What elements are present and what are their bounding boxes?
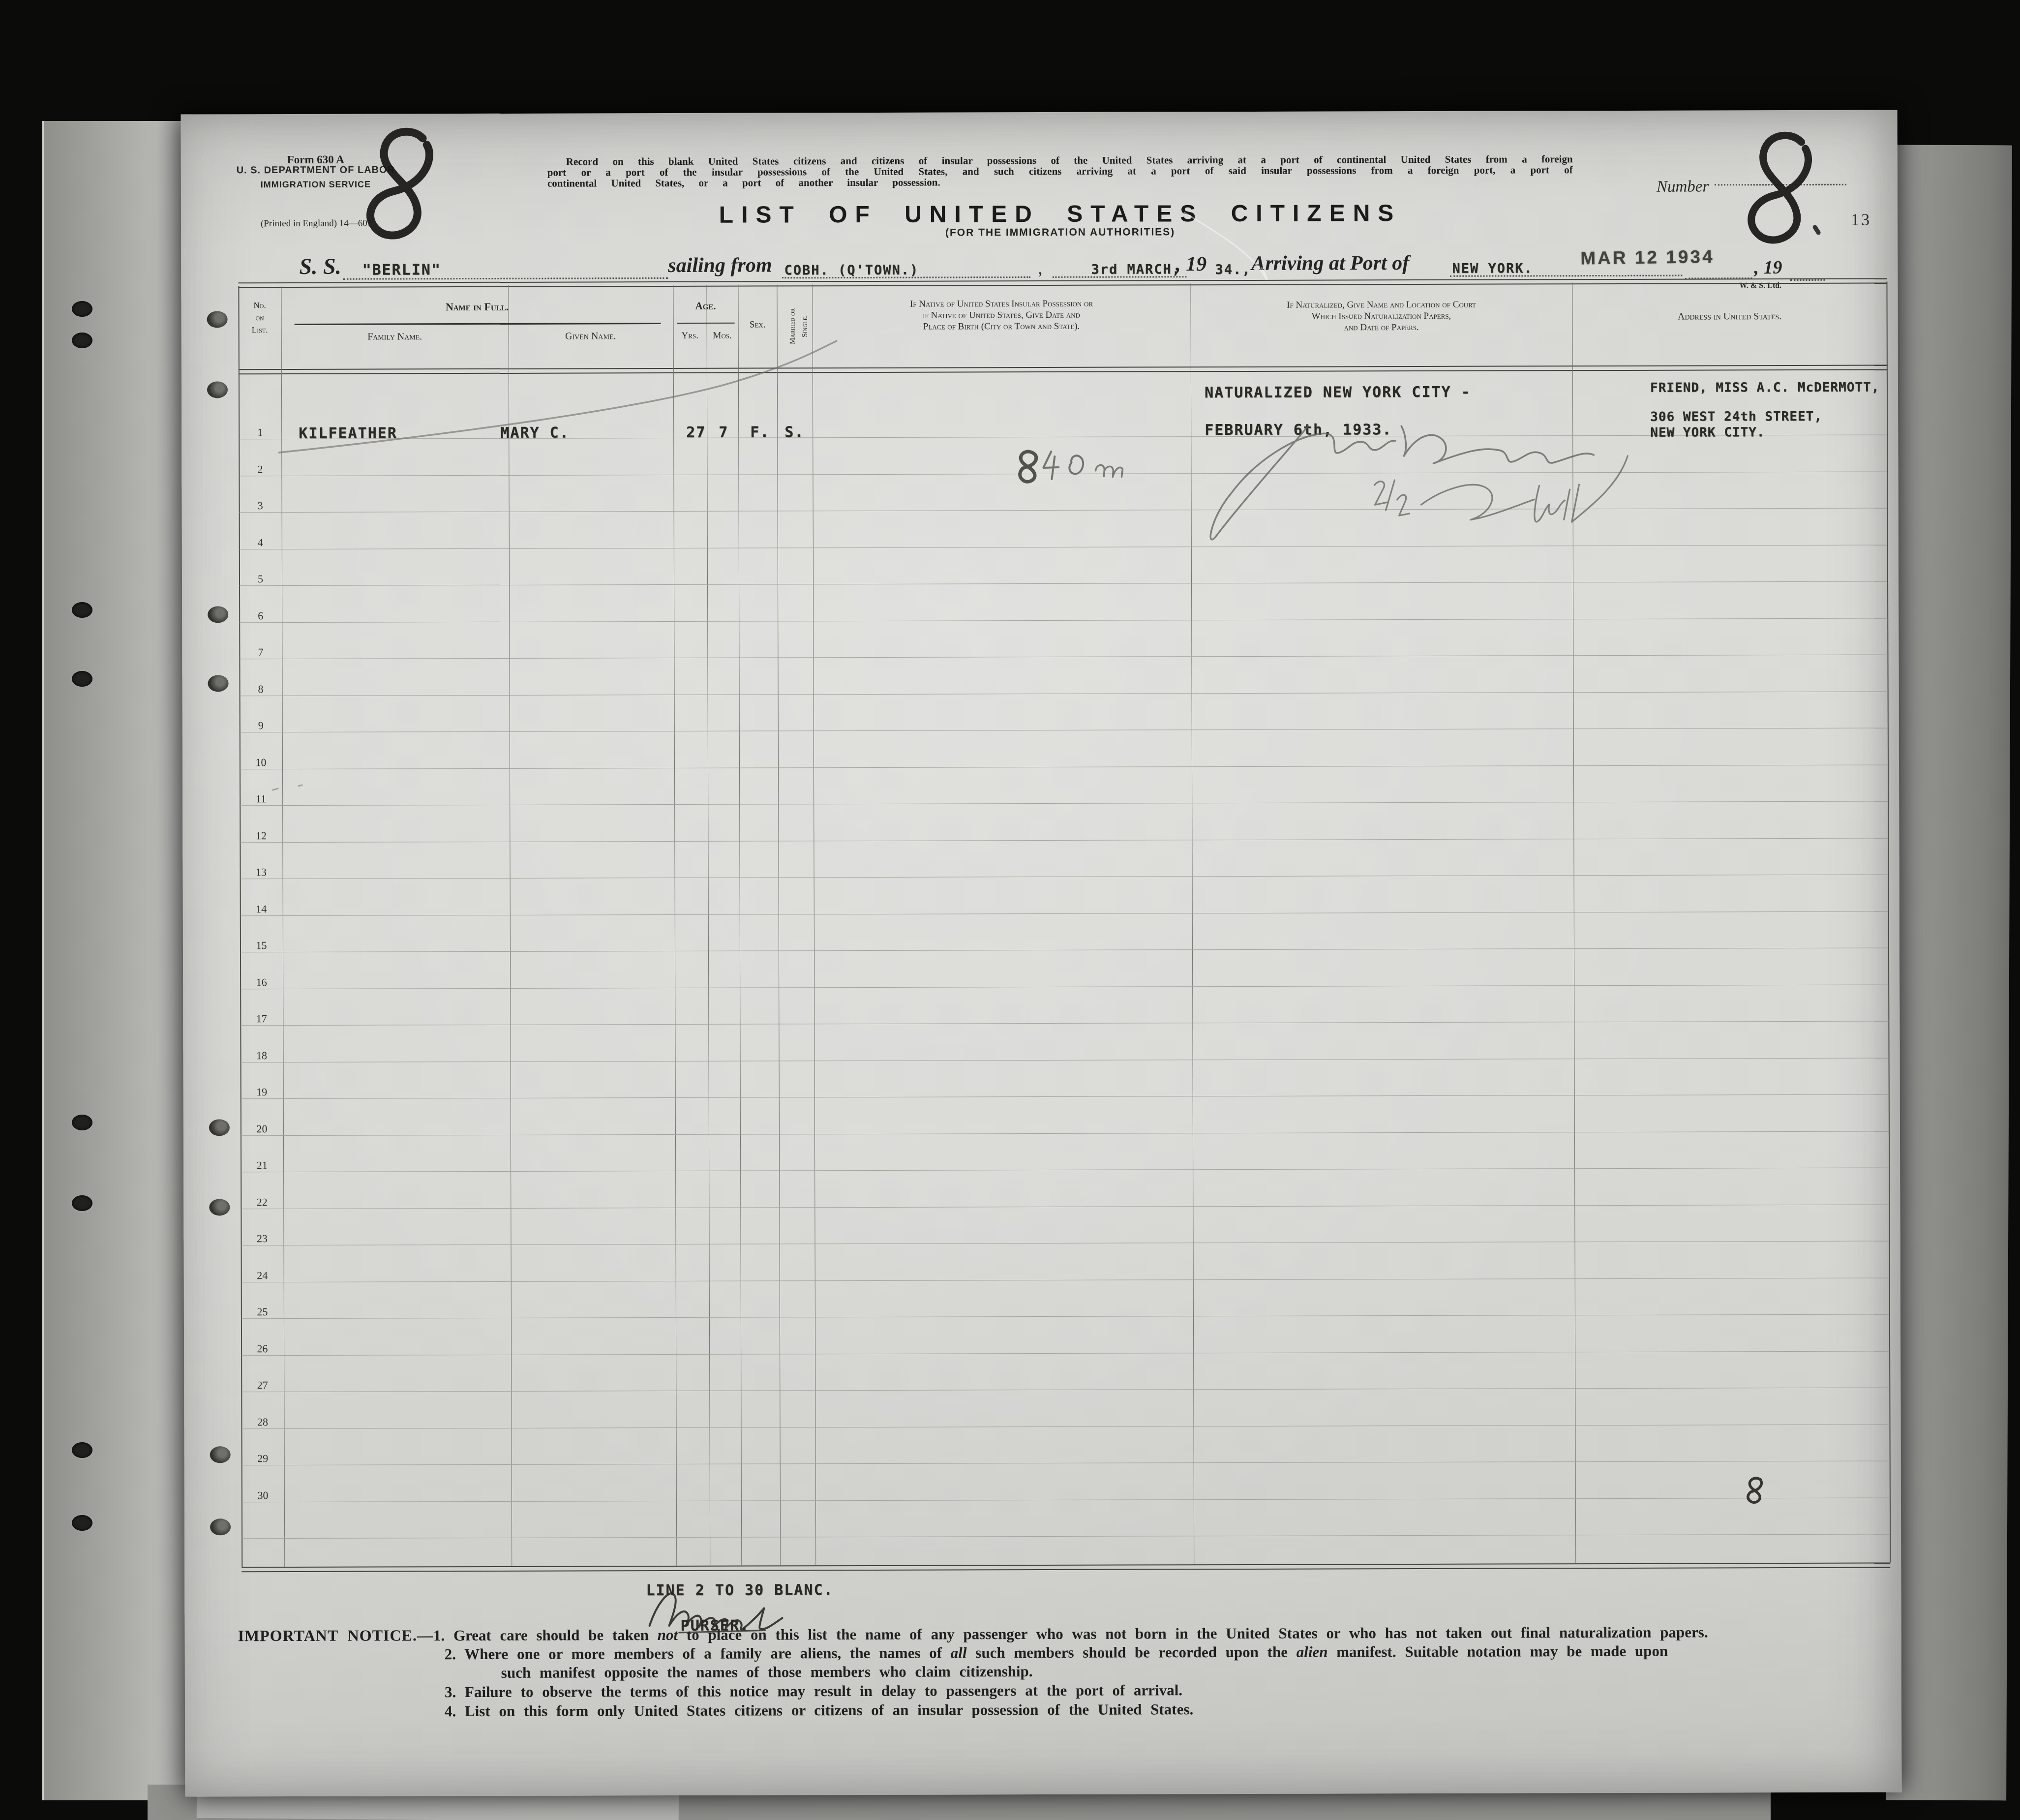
manifest-sheet: Form 630 A U. S. DEPARTMENT OF LABOR IMM… [181, 110, 1902, 1796]
service-name: IMMIGRATION SERVICE [242, 179, 390, 190]
year-printed: , 19 [1176, 252, 1206, 276]
entry-family-name: KILFEATHER [299, 425, 397, 442]
table-row-line [241, 874, 1888, 879]
col-header-age: Age. [673, 300, 738, 312]
table-row-line [241, 1021, 1888, 1026]
punch-hole [209, 1119, 230, 1136]
punch-hole [209, 1199, 230, 1215]
binder-hole [72, 1195, 92, 1211]
row-number: 30 [241, 1489, 284, 1502]
pencil-time-4 [1043, 452, 1058, 479]
ship-blank-line [343, 277, 668, 280]
entry-address-line1: FRIEND, MISS A.C. McDERMOTT, [1650, 380, 1879, 395]
col-header-family-name: Family Name. [297, 331, 493, 343]
entry-address-line2: 306 WEST 24th STREET, [1650, 409, 1822, 425]
entry-address-line3: NEW YORK CITY. [1650, 425, 1765, 440]
row-number: 9 [240, 719, 282, 732]
age-header-rule [677, 323, 735, 324]
col-header-married-line1: Married or [786, 287, 799, 365]
row-number: 5 [239, 573, 282, 585]
handwritten-8-small [1748, 1478, 1762, 1502]
entry-age-yrs: 27 [686, 424, 706, 441]
punch-hole [207, 381, 228, 398]
page-subtitle: (FOR THE IMMIGRATION AUTHORITIES) [547, 225, 1573, 240]
entry-married-single: S. [784, 424, 804, 441]
notice-line-4: 3. Failure to observe the terms of this … [445, 1681, 1182, 1701]
notice-line-5: 4. List on this form only United States … [445, 1700, 1193, 1720]
col-header-no-line2: on [239, 311, 281, 324]
year-typed: 34., [1215, 262, 1251, 277]
punch-hole [207, 311, 228, 328]
col-header-address: Address in United States. [1572, 310, 1887, 323]
blank-lines-note: LINE 2 TO 30 BLANC. [646, 1581, 833, 1599]
binder-hole [72, 671, 92, 687]
row-number: 29 [241, 1452, 284, 1465]
notice-text-segment: all [951, 1644, 967, 1661]
notice-text-segment: 4. List on this form only United States … [445, 1700, 1193, 1720]
year-blank-right: , 19 [1754, 257, 1782, 278]
table-row-line [240, 581, 1887, 586]
sailing-from-port: COBH. (Q'TOWN.) [784, 263, 919, 278]
row-number: 3 [239, 499, 282, 512]
col-header-sex: Sex. [738, 319, 777, 330]
row-number: 6 [239, 609, 282, 622]
pencil-signature-part1 [1210, 426, 1396, 540]
notice-text-segment: 3. Failure to observe the terms of this … [445, 1681, 1182, 1700]
col-header-no: No. on List. [239, 299, 281, 336]
page-title: LIST OF UNITED STATES CITIZENS [547, 199, 1573, 229]
notice-line-1: IMPORTANT NOTICE.—1. Great care should b… [238, 1623, 1708, 1645]
binder-hole [72, 602, 92, 618]
binder-hole [72, 1515, 92, 1531]
punch-hole-group [181, 110, 1898, 114]
col-header-birth-line3: Place of Birth (City or Town and State). [813, 320, 1191, 333]
binder-hole [72, 1115, 92, 1130]
table-column-line [1886, 281, 1891, 1562]
ship-name: "BERLIN" [362, 261, 441, 278]
row-number: 11 [240, 792, 282, 805]
table-column-line [673, 285, 677, 1566]
table-row-line [240, 764, 1888, 769]
number-blank-line [1715, 184, 1846, 186]
table-header-border [239, 364, 1887, 374]
table-row-line [241, 1058, 1889, 1062]
col-header-married-single: Married or Single. [786, 287, 811, 365]
sailing-date: 3rd MARCH, [1091, 262, 1181, 277]
table-row-line [241, 1094, 1889, 1099]
table-row-line [241, 1277, 1889, 1282]
binder-hole [72, 333, 92, 348]
table-grid [181, 110, 1898, 114]
punch-hole [208, 606, 228, 623]
handwritten-period [1815, 227, 1818, 233]
notice-text-segment: 1. Great care should be taken [433, 1626, 658, 1644]
row-number: 28 [241, 1416, 284, 1428]
col-header-naturalized-line3: and Date of Papers. [1191, 321, 1572, 334]
notice-text-segment: not [658, 1626, 678, 1643]
col-header-no-line3: List. [239, 324, 281, 336]
table-column-line [738, 285, 742, 1566]
arriving-label: Arriving at Port of [1251, 251, 1409, 275]
table-row-line [240, 801, 1888, 806]
col-header-mos: Mos. [707, 331, 738, 341]
table-bottom-border [241, 1562, 1890, 1572]
row-number: 24 [241, 1269, 284, 1282]
notice-label: IMPORTANT NOTICE.— [238, 1626, 433, 1644]
table-row-line [241, 1351, 1889, 1356]
punch-hole [210, 1518, 231, 1535]
notice-text-segment: to place on this list the name of any pa… [678, 1623, 1708, 1643]
binder-hole [72, 301, 92, 317]
punch-hole [210, 1446, 231, 1463]
table-column-line [1190, 283, 1194, 1564]
row-number: 19 [241, 1086, 283, 1098]
notice-text-segment: such members should be recorded upon the [967, 1643, 1296, 1662]
col-header-birth-line2: if Native of United States, Give Date an… [813, 309, 1191, 321]
table-row-line [241, 1167, 1889, 1172]
table-row-line [240, 618, 1887, 623]
row-number: 15 [240, 939, 283, 952]
punch-hole [208, 675, 229, 692]
pencil-time-0 [1069, 455, 1083, 474]
handwriting-layer [181, 110, 1902, 1796]
sailing-from-label: sailing from [668, 253, 772, 277]
table-row-line [241, 1131, 1889, 1136]
col-header-naturalized-line1: If Naturalized, Give Name and Location o… [1191, 299, 1572, 311]
row-number: 22 [241, 1196, 283, 1209]
col-header-name-in-full: Name in Full. [281, 300, 673, 314]
col-header-yrs: Yrs. [673, 331, 707, 341]
row-number-column: 1234567891011121314151617181920212223242… [181, 110, 1898, 114]
table-row-line [239, 434, 1887, 439]
col-header-naturalized: If Naturalized, Give Name and Location o… [1191, 299, 1572, 334]
table-row-line [242, 1497, 1890, 1502]
table-row-line [239, 471, 1887, 476]
entry-given-name: MARY C. [500, 425, 570, 442]
row-number: 7 [239, 646, 282, 659]
table-column-line [706, 285, 710, 1566]
pencil-signature-part3 [1421, 456, 1628, 522]
department-name: U. S. DEPARTMENT OF LABOR [227, 164, 404, 176]
table-row-line [241, 984, 1888, 989]
row-number: 25 [241, 1305, 284, 1318]
row-number: 16 [240, 976, 283, 989]
table-row-line [241, 1387, 1889, 1392]
row-number: 13 [240, 866, 283, 879]
table-column-line [281, 286, 285, 1567]
table-row-line [240, 545, 1887, 549]
col-header-no-line1: No. [239, 299, 281, 311]
notice-line-2: 2. Where one or more members of a family… [445, 1642, 1668, 1664]
page-number: 13 [1851, 211, 1871, 230]
form-instructions: Record on this blank United States citiz… [547, 153, 1573, 188]
scanned-document-photo: Form 630 A U. S. DEPARTMENT OF LABOR IMM… [0, 0, 2020, 1820]
arriving-port: NEW YORK. [1452, 261, 1533, 276]
pencil-signature-part2 [1401, 425, 1594, 463]
row-number: 8 [240, 683, 282, 696]
col-header-birth-line1: If Native of United States Insular Posse… [813, 298, 1191, 310]
row-number: 2 [239, 463, 281, 476]
row-number: 1 [239, 426, 281, 439]
notice-text-segment: such manifest opposite the names of thos… [501, 1663, 1033, 1681]
table-row-line [242, 1460, 1890, 1465]
row-number: 23 [241, 1232, 283, 1245]
col-header-married-line2: Single. [799, 287, 811, 365]
table-column-line [812, 284, 816, 1565]
row-number: 26 [241, 1342, 284, 1355]
col-header-naturalized-line2: Which Issued Naturalization Papers, [1191, 310, 1572, 322]
separator-comma: , [1038, 258, 1042, 278]
table-column-line [1572, 282, 1576, 1563]
row-number: 27 [241, 1379, 284, 1392]
notice-text-segment: 2. Where one or more members of a family… [445, 1644, 951, 1663]
pencil-time-8 [1020, 452, 1036, 482]
row-number: 17 [240, 1012, 283, 1025]
row-number: 14 [240, 903, 283, 915]
table-row-line [241, 1314, 1889, 1319]
number-label: Number [1657, 178, 1709, 196]
row-number: 12 [240, 829, 282, 842]
table-row-line [240, 691, 1888, 696]
notice-text-segment: alien [1296, 1643, 1328, 1660]
row-number: 18 [241, 1049, 283, 1062]
row-number: 10 [240, 756, 282, 769]
printed-in-note: (Printed in England) 14—607 [235, 218, 397, 229]
table-top-border [238, 278, 1887, 288]
pencil-time-am [1095, 465, 1122, 477]
binder-hole [72, 1442, 92, 1458]
table-row-line [241, 1241, 1889, 1245]
backing-sheet-right [1886, 145, 2012, 1801]
table-column-line [777, 284, 781, 1565]
table-row-line [240, 838, 1888, 843]
pencil-date-fraction [1374, 480, 1409, 516]
arrival-date-stamp: MAR 12 1934 [1580, 246, 1715, 269]
notice-line-3: such manifest opposite the names of thos… [501, 1663, 1033, 1682]
notice-text-segment: manifest. Suitable notation may be made … [1327, 1642, 1668, 1661]
col-header-birth: If Native of United States Insular Posse… [813, 298, 1191, 333]
row-number: 21 [241, 1159, 283, 1172]
row-number: 20 [241, 1122, 283, 1135]
sailing-blank-line [782, 276, 1030, 278]
table-row-line [240, 654, 1887, 659]
entry-sex: F. [750, 424, 770, 441]
row-number: 4 [239, 536, 282, 549]
table-column-line [508, 285, 512, 1566]
port-blank-line [1450, 275, 1682, 277]
table-row-line [241, 947, 1888, 952]
table-row-line [240, 728, 1888, 732]
table-row-line [242, 1424, 1890, 1429]
entry-naturalization-line1: NATURALIZED NEW YORK CITY - [1205, 384, 1471, 401]
name-header-rule [295, 323, 661, 325]
entry-age-mos: 7 [719, 424, 728, 441]
table-row-line [242, 1534, 1890, 1539]
handwritten-8-right [1751, 135, 1809, 240]
table-row-line [240, 508, 1887, 513]
col-header-given-name: Given Name. [492, 331, 689, 342]
entry-naturalization-line2: FEBRUARY 6th, 1933. [1205, 421, 1392, 439]
table-column-line [238, 286, 242, 1567]
ship-prefix: S. S. [299, 253, 341, 279]
table-row-line [241, 1204, 1889, 1209]
pencil-specks [272, 785, 302, 790]
table-row-line [241, 911, 1888, 916]
